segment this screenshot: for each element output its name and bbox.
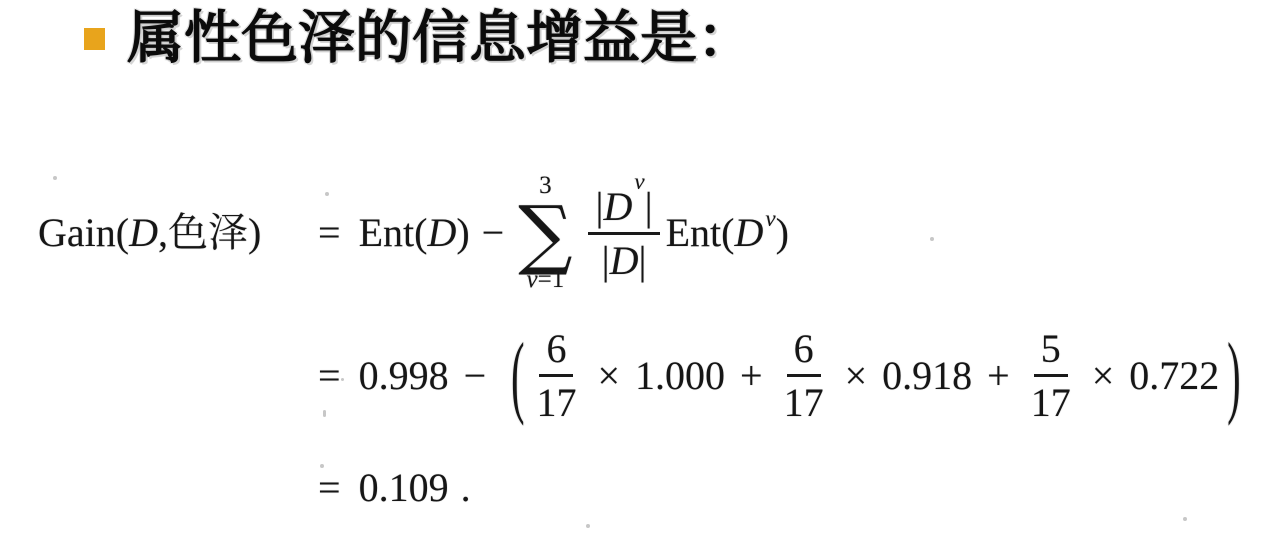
equation-lhs: Gain(D, 色泽) <box>38 211 318 255</box>
entropy-open-paren: ( <box>414 211 427 255</box>
slide-title: 属性色泽的信息增益是： <box>127 4 754 74</box>
gain-attribute-name: 色泽 <box>168 211 248 255</box>
times-operator-2: × <box>845 354 868 398</box>
open-paren-icon: ( <box>511 325 524 426</box>
term2-fraction: 6 17 <box>784 327 824 424</box>
term1-fraction: 6 17 <box>536 327 576 424</box>
summation-lower-limit: v=1 <box>526 266 564 295</box>
term3-factor: 0.722 <box>1129 354 1219 398</box>
term1-numerator: 6 <box>539 327 573 377</box>
abs-bar-icon: | <box>595 185 603 228</box>
scan-speck <box>586 524 590 528</box>
entropy-close-paren: ) <box>456 211 469 255</box>
dataset-var: D <box>610 239 639 282</box>
weight-fraction: |Dv| |D| <box>588 185 659 282</box>
entropy-dataset-var: D <box>427 211 456 255</box>
minus-operator-2: − <box>464 354 487 398</box>
abs-bar-icon: | <box>602 239 610 282</box>
entropy2-open-paren: ( <box>721 211 734 255</box>
term2-denominator: 17 <box>784 377 824 424</box>
term3-fraction: 5 17 <box>1031 327 1071 424</box>
equals-sign-2: = <box>318 354 341 398</box>
equation-line-3: = 0.109 . <box>38 466 1241 510</box>
scan-speck <box>930 237 934 241</box>
close-paren-icon: ) <box>1227 325 1240 426</box>
abs-bar-icon: | <box>645 185 653 228</box>
bullet-square-icon <box>84 28 105 50</box>
equals-sign-3: = <box>318 466 341 510</box>
subset-superscript: v <box>634 170 644 213</box>
abs-bar-icon: | <box>639 239 647 282</box>
scan-speck <box>323 410 326 417</box>
sentence-period: . <box>461 466 471 510</box>
summation-index-start: =1 <box>538 266 565 293</box>
weight-fraction-numerator: |Dv| <box>588 185 659 235</box>
gain-open-paren: ( <box>116 211 129 255</box>
summation-index-var: v <box>526 266 537 293</box>
gain-dataset-var: D <box>129 211 158 255</box>
scan-speck <box>53 176 57 180</box>
equation-block: Gain(D, 色泽) = Ent(D) − 3 ∑ v=1 |Dv| |D| … <box>38 172 1241 510</box>
term1-factor: 1.000 <box>635 354 725 398</box>
subset-var: D <box>604 185 633 228</box>
scan-speck <box>325 192 329 196</box>
equals-sign-1: = <box>318 211 341 255</box>
plus-operator-2: + <box>987 354 1010 398</box>
term2-numerator: 6 <box>787 327 821 377</box>
entropy-value: 0.998 <box>359 354 449 398</box>
scan-speck <box>1183 517 1187 521</box>
entropy2-superscript: v <box>765 206 775 231</box>
summation-symbol: 3 ∑ v=1 <box>518 172 572 295</box>
entropy2-function-name: Ent <box>666 211 722 255</box>
scan-speck <box>341 378 344 381</box>
scan-speck <box>320 464 324 468</box>
gain-function-name: Gain <box>38 211 116 255</box>
gain-separator: , <box>158 211 168 255</box>
minus-operator-1: − <box>482 211 505 255</box>
plus-operator-1: + <box>740 354 763 398</box>
sigma-icon: ∑ <box>518 201 572 266</box>
term1-denominator: 17 <box>536 377 576 424</box>
equation-line-2: = 0.998 − ( 6 17 × 1.000 + 6 17 × 0.918 … <box>38 327 1241 424</box>
times-operator-3: × <box>1092 354 1115 398</box>
slide-title-row: 属性色泽的信息增益是： <box>84 4 754 74</box>
gain-result-value: 0.109 <box>359 466 449 510</box>
entropy2-close-paren: ) <box>776 211 789 255</box>
term3-numerator: 5 <box>1034 327 1068 377</box>
times-operator-1: × <box>597 354 620 398</box>
equation-line-1: Gain(D, 色泽) = Ent(D) − 3 ∑ v=1 |Dv| |D| … <box>38 172 1241 295</box>
entropy-function-name: Ent <box>359 211 415 255</box>
term2-factor: 0.918 <box>882 354 972 398</box>
entropy2-subset-var: D <box>735 211 764 255</box>
weight-fraction-denominator: |D| <box>602 235 647 282</box>
gain-close-paren: ) <box>248 211 261 255</box>
term3-denominator: 17 <box>1031 377 1071 424</box>
